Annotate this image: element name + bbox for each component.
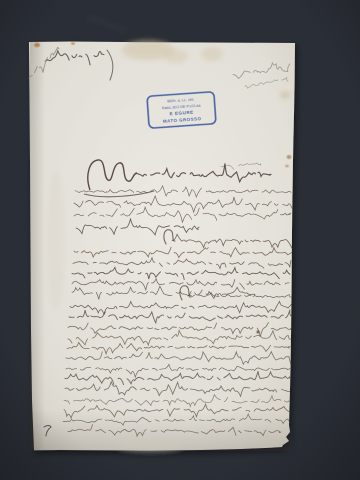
manuscript-photo: BlDh. a. LL. ctd. RalcL.IEO DE P.cCt.aa … [0,0,360,480]
photo-canvas: BlDh. a. LL. ctd. RalcL.IEO DE P.cCt.aa … [0,0,360,480]
photo-vignette [0,0,360,480]
